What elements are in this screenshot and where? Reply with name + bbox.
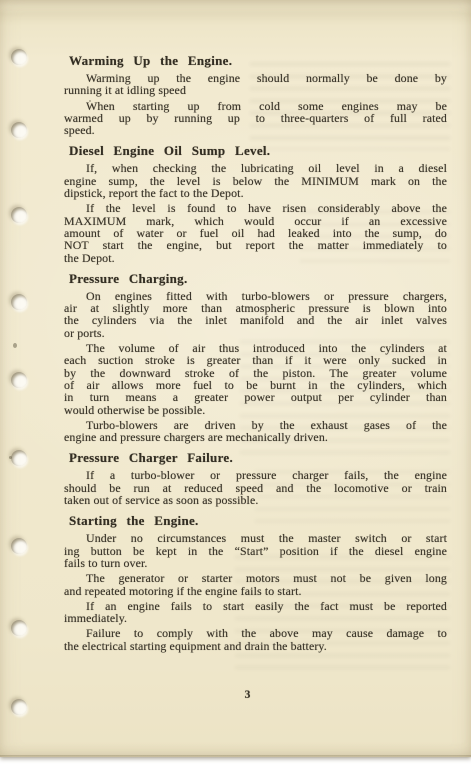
binder-hole xyxy=(11,699,27,715)
section-heading-starting-engine: Starting the Engine. xyxy=(64,514,447,528)
page-bottom-edge xyxy=(0,755,471,758)
paper-speck xyxy=(9,456,12,459)
page-text-column: Warming Up the Engine. Warming up the en… xyxy=(64,0,447,655)
text-line: taken out of service as soon as possible… xyxy=(64,494,447,506)
text-line: dipstick, report the fact to the Depot. xyxy=(64,187,447,199)
paragraph: The volume of air thus introduced into t… xyxy=(64,342,447,416)
section-heading-charger-failure: Pressure Charger Failure. xyxy=(64,451,447,465)
paragraph: Warming up the engine should normally be… xyxy=(64,72,447,97)
text-line: would otherwise be possible. xyxy=(64,404,447,416)
binder-hole xyxy=(11,620,27,636)
text-line: Failure to comply with the above may cau… xyxy=(64,627,447,639)
binder-hole xyxy=(11,294,27,310)
paragraph: If a turbo-blower or pressure charger fa… xyxy=(64,469,447,506)
section-heading-oil-sump: Diesel Engine Oil Sump Level. xyxy=(64,144,447,158)
paragraph: Failure to comply with the above may cau… xyxy=(64,627,447,652)
text-line: each suction stroke is greater than if i… xyxy=(64,354,447,366)
paragraph: Turbo-blowers are driven by the exhaust … xyxy=(64,419,447,444)
text-line: the cylinders via the inlet manifold and… xyxy=(64,314,447,326)
text-line: the electrical starting equipment and dr… xyxy=(64,640,447,652)
text-line: immediately. xyxy=(64,612,447,624)
text-line: running it at idling speed xyxy=(64,84,447,96)
text-line: NOT start the engine, but report the mat… xyxy=(64,239,447,251)
paragraph: On engines fitted with turbo-blowers or … xyxy=(64,290,447,339)
text-line: fails to turn over. xyxy=(64,557,447,569)
binder-hole xyxy=(11,372,27,388)
section-heading-warming-up: Warming Up the Engine. xyxy=(64,54,447,68)
paragraph: If the level is found to have risen cons… xyxy=(64,202,447,263)
paper-speck xyxy=(13,343,17,348)
scanned-page: Warming Up the Engine. Warming up the en… xyxy=(0,0,471,757)
text-line: If a turbo-blower or pressure charger fa… xyxy=(64,469,447,481)
paragraph: If an engine fails to start easily the f… xyxy=(64,600,447,625)
text-line: in turn means a greater power output per… xyxy=(64,391,447,403)
text-line: speed. xyxy=(64,124,447,136)
binder-hole xyxy=(11,207,27,223)
binder-hole xyxy=(11,49,27,65)
binder-hole xyxy=(11,538,27,554)
text-line: the Depot. xyxy=(64,252,447,264)
paragraph: The generator or starter motors must not… xyxy=(64,572,447,597)
text-line: engine and pressure chargers are mechani… xyxy=(64,431,447,443)
binder-hole xyxy=(11,450,27,466)
paragraph: Under no circumstances must the master s… xyxy=(64,532,447,569)
paragraph: If, when checking the lubricating oil le… xyxy=(64,162,447,199)
text-line: If, when checking the lubricating oil le… xyxy=(64,162,447,174)
paragraph: When starting up from cold some engines … xyxy=(64,100,447,137)
text-line: or ports. xyxy=(64,327,447,339)
text-line: and repeated motoring if the engine fail… xyxy=(64,585,447,597)
text-line: If the level is found to have risen cons… xyxy=(64,202,447,214)
page-number: 3 xyxy=(56,689,439,701)
binder-hole xyxy=(11,122,27,138)
text-line: Under no circumstances must the master s… xyxy=(64,532,447,544)
text-line: warmed up by running up to three-quarter… xyxy=(64,112,447,124)
text-line: The generator or starter motors must not… xyxy=(64,572,447,584)
section-heading-pressure-charging: Pressure Charging. xyxy=(64,272,447,286)
